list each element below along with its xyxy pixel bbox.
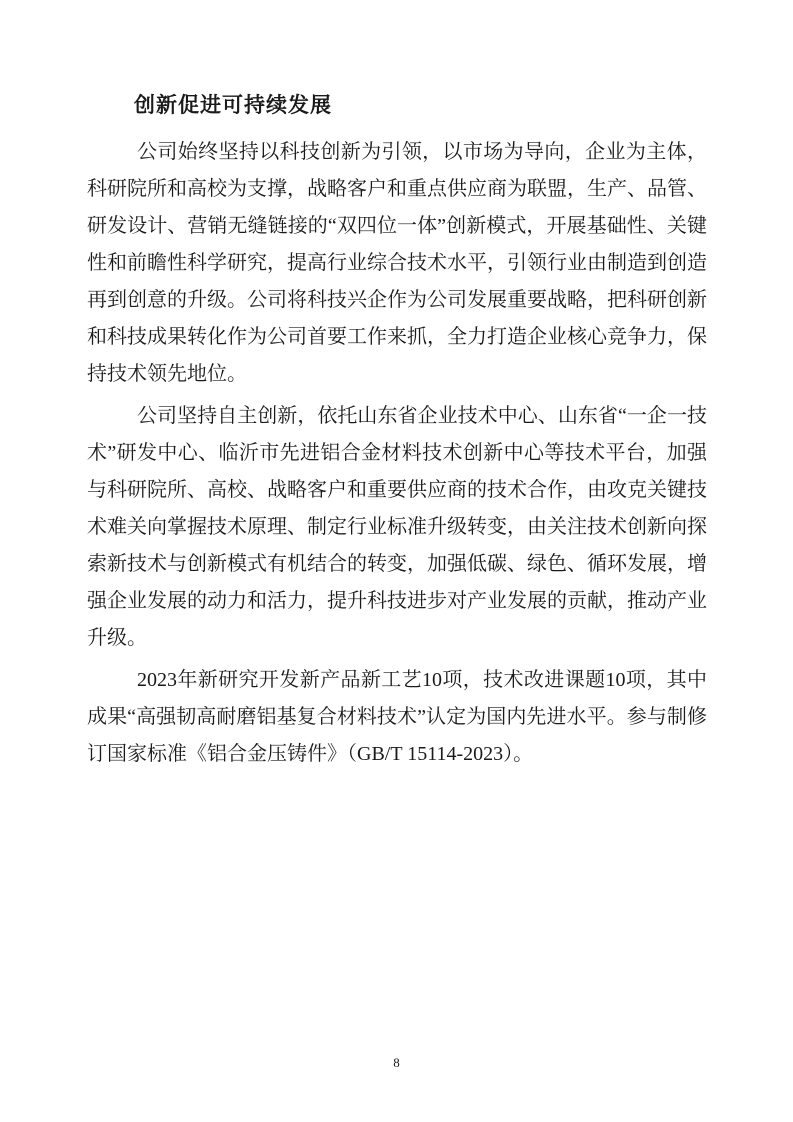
section-heading: 创新促进可持续发展 (134, 90, 707, 120)
page-number: 8 (393, 1055, 400, 1070)
paragraph-2023-achievements: 2023年新研究开发新产品新工艺10项，技术改进课题10项，其中成果“高强韧高耐… (87, 662, 707, 773)
page-footer: 8 (0, 1054, 793, 1072)
paragraph-innovation-overview: 公司始终坚持以科技创新为引领，以市场为导向，企业为主体，科研院所和高校为支撑，战… (87, 134, 707, 393)
paragraph-independent-innovation: 公司坚持自主创新，依托山东省企业技术中心、山东省“一企一技术”研发中心、临沂市先… (87, 398, 707, 657)
document-page: 创新促进可持续发展 公司始终坚持以科技创新为引领，以市场为导向，企业为主体，科研… (0, 0, 793, 1122)
